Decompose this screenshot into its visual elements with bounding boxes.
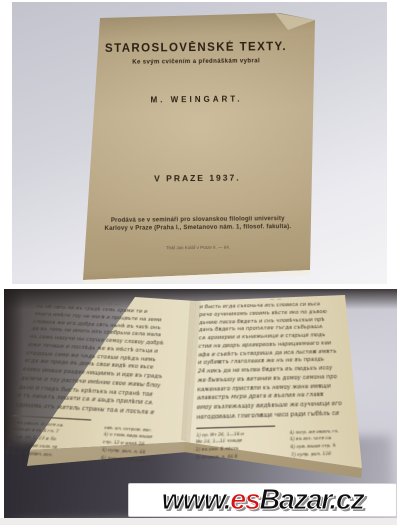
cover-printer-line: Tiskl Jan Kolář v Praze II. — 64. xyxy=(88,244,308,251)
bottom-margin-strip xyxy=(0,518,397,525)
left-page-text: — — нъ нѣ сѫть ли въ градѣ семь храми ти… xyxy=(4,297,190,488)
watermark-www: www. xyxy=(162,484,231,516)
esbazar-watermark: www.esBazar.cz xyxy=(128,483,397,517)
watermark-bazar-cz: Bazar.cz xyxy=(259,484,363,516)
cover-subtitle: Ke svým cvičením a přednáškám vybral xyxy=(86,58,306,66)
watermark-es: es xyxy=(230,484,259,516)
right-page-lines: и бысть егда съконьча исъ словеса си вьс… xyxy=(196,301,371,424)
cover-imprint: V PRAZE 1937. xyxy=(87,172,307,184)
cover-text: STAROSLOVĚNSKÉ TEXTY. Ke svým cvičením a… xyxy=(86,2,309,284)
left-page-footnotes: 1) въ рѫкоп. А чьте сѧтакожде и въ Б гл.… xyxy=(4,418,189,466)
left-page-lines: нъ нѣ сѫть ли въ градѣ семь храми ти имн… xyxy=(14,304,190,421)
top-photo-book-cover: STAROSLOVĚNSKÉ TEXTY. Ke svým cvičením a… xyxy=(12,2,387,284)
esbazar-logo: www.esBazar.cz xyxy=(162,486,364,515)
cover-sale-line-1: Prodává se v semináři pro slovanskou fil… xyxy=(88,216,308,224)
cover-author: M. WEINGART. xyxy=(87,94,307,105)
right-page-text: — — и бысть егда съконьча исъ словеса си… xyxy=(195,294,383,494)
cover-sale-line-2: Karlovy v Praze (Praha I., Smetanovo nám… xyxy=(88,224,308,232)
footnote-separator xyxy=(196,425,275,429)
cover-title: STAROSLOVĚNSKÉ TEXTY. xyxy=(86,41,306,55)
right-page-footnotes: 1) ср. Мт 26, 1—16 иМк 14, 1—11 тожде2) … xyxy=(195,426,377,461)
listing-photo-canvas: STAROSLOVĚNSKÉ TEXTY. Ke svým cvičením a… xyxy=(0,0,397,525)
